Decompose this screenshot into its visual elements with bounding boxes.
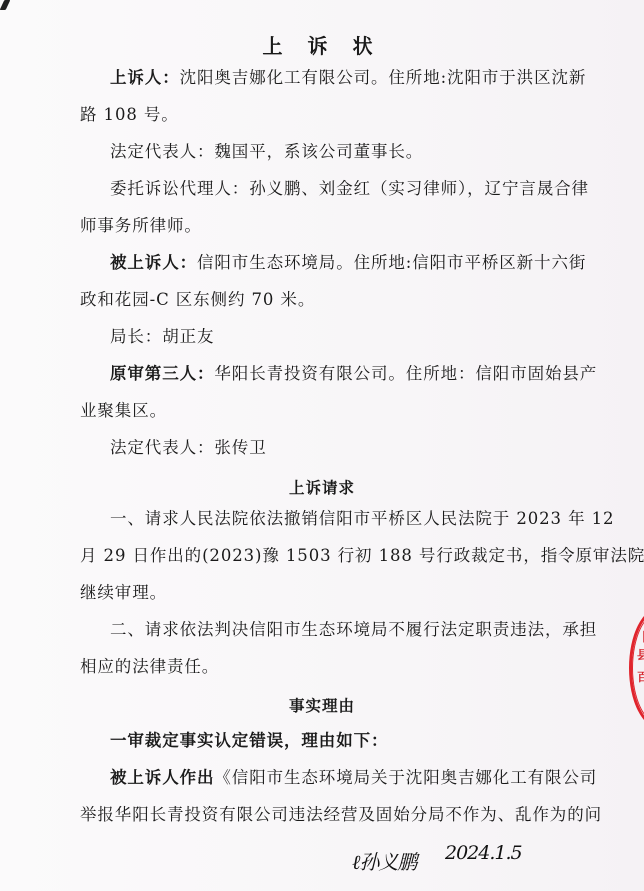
third-party-text: 华阳长青投资有限公司。住所地：信阳市固始县产 <box>214 364 597 383</box>
appellee-head: 局长：胡正友 <box>110 327 214 347</box>
request-2-line-1: 二、请求依法判决信阳市生态环境局不履行法定职责违法，承担 <box>110 620 597 640</box>
request-1-line-2: 月 29 日作出的(2023)豫 1503 行初 188 号行政裁定书，指令原审… <box>80 546 644 566</box>
appellant-label: 上诉人： <box>110 68 180 87</box>
facts-subheading: 一审裁定事实认定错误，理由如下： <box>110 731 388 751</box>
agent-line-2: 师事务所律师。 <box>80 216 202 236</box>
appellant-text: 沈阳奥吉娜化工有限公司。住所地:沈阳市于洪区沈新 <box>180 68 587 87</box>
appellee-line-1: 被上诉人：信阳市生态环境局。住所地:信阳市平桥区新十六街 <box>110 253 586 273</box>
stamp-char-2: 县 <box>637 646 644 663</box>
appellee-label: 被上诉人： <box>110 253 197 272</box>
facts-para-1-lead: 被上诉人作出 <box>110 768 214 787</box>
appellant-line-1: 上诉人：沈阳奥吉娜化工有限公司。住所地:沈阳市于洪区沈新 <box>110 68 586 88</box>
handwritten-date: 2024.1.5 <box>445 842 522 864</box>
facts-heading: 事实理由 <box>0 694 644 716</box>
facts-para-1-line-2: 举报华阳长青投资有限公司违法经营及固始分局不作为、乱作为的问 <box>80 805 602 825</box>
appellee-text: 信阳市生态环境局。住所地:信阳市平桥区新十六街 <box>197 253 586 272</box>
facts-para-1-line-1: 被上诉人作出《信阳市生态环境局关于沈阳奥吉娜化工有限公司 <box>110 768 597 788</box>
third-party-representative: 法定代表人：张传卫 <box>110 438 267 458</box>
request-1-line-1: 一、请求人民法院依法撤销信阳市平桥区人民法院于 2023 年 12 <box>110 509 614 529</box>
third-party-line-2: 业聚集区。 <box>80 401 167 421</box>
third-party-line-1: 原审第三人：华阳长青投资有限公司。住所地：信阳市固始县产 <box>110 364 597 384</box>
document-title: 上 诉 状 <box>0 30 644 59</box>
scan-mark <box>0 0 10 10</box>
stamp-char-3: 百 <box>637 668 644 685</box>
agent-line-1: 委托诉讼代理人：孙义鹏、刘金红（实习律师），辽宁言晟合律 <box>110 179 589 199</box>
request-1-line-3: 继续审理。 <box>80 583 167 603</box>
appellant-representative: 法定代表人：魏国平，系该公司董事长。 <box>110 142 423 162</box>
facts-para-1-text: 《信阳市生态环境局关于沈阳奥吉娜化工有限公司 <box>214 768 597 787</box>
stamp-char-1: 丨 <box>638 628 644 645</box>
requests-heading: 上诉请求 <box>0 476 644 498</box>
scanned-page: 上 诉 状 上诉人：沈阳奥吉娜化工有限公司。住所地:沈阳市于洪区沈新 路 108… <box>0 0 644 891</box>
appellant-line-2: 路 108 号。 <box>80 105 179 125</box>
request-2-line-2: 相应的法律责任。 <box>80 657 219 677</box>
third-party-label: 原审第三人： <box>110 364 214 383</box>
appellee-line-2: 政和花园-C 区东侧约 70 米。 <box>80 290 315 310</box>
handwritten-signature: ℓ孙义鹏 <box>352 846 416 875</box>
